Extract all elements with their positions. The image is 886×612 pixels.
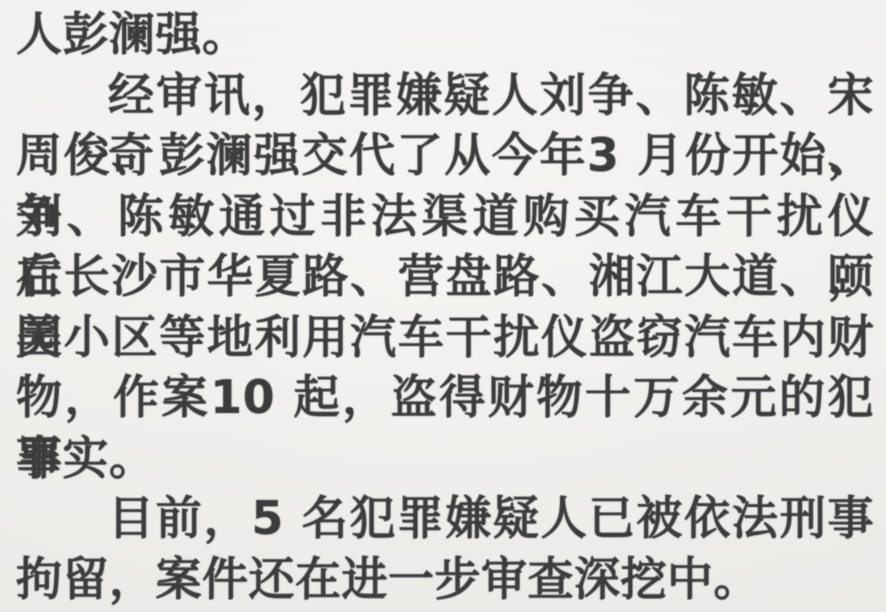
text-line: 拘留，案件还在进一步审查深挖中。 xyxy=(16,549,874,610)
text-line: 物，作案10 起，盗得财物十万余元的犯罪 xyxy=(16,367,874,428)
text-line: 在长沙市华夏路、营盘路、湘江大道、颐美 xyxy=(16,246,874,307)
text-line: 经审讯，犯罪嫌疑人刘争、陈敏、宋奇、 xyxy=(16,65,874,126)
text-line: 周俊、彭澜强交代了从今年3 月份开始，刘 xyxy=(16,125,874,186)
text-line: 园小区等地利用汽车干扰仪盗窃汽车内财 xyxy=(16,307,874,368)
scanned-page: 人彭澜强。经审讯，犯罪嫌疑人刘争、陈敏、宋奇、周俊、彭澜强交代了从今年3 月份开… xyxy=(0,0,886,612)
text-line: 目前，5 名犯罪嫌疑人已被依法刑事 xyxy=(16,488,874,549)
article-text: 人彭澜强。经审讯，犯罪嫌疑人刘争、陈敏、宋奇、周俊、彭澜强交代了从今年3 月份开… xyxy=(16,4,874,610)
text-line: 争、陈敏通过非法渠道购买汽车干扰仪后， xyxy=(16,186,874,247)
text-line: 事实。 xyxy=(16,428,874,489)
text-line: 人彭澜强。 xyxy=(16,4,874,65)
